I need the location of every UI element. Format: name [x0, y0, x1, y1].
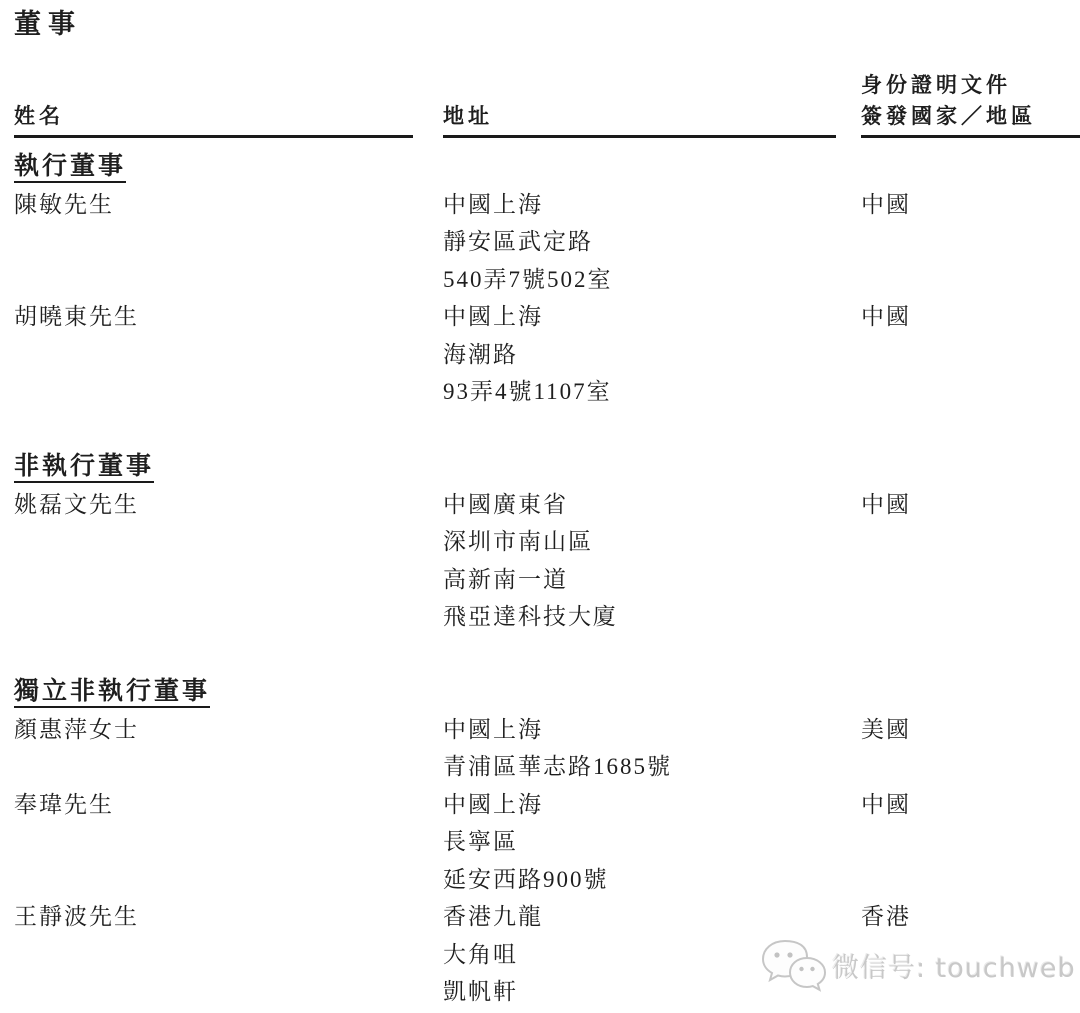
table-row: 姚磊文先生中國廣東省深圳市南山區高新南一道飛亞達科技大廈中國	[14, 486, 1080, 636]
document-page: 董事 姓名 地址 身份證明文件 簽發國家／地區 執行董事陳敏先生中國上海靜安區武…	[0, 6, 1080, 1011]
director-name: 王靜波先生	[14, 898, 413, 936]
id-issue-country: 中國	[861, 786, 1080, 824]
wechat-watermark: 微信号: touchweb	[760, 938, 1076, 992]
watermark-text: 微信号: touchweb	[832, 946, 1076, 985]
address-line: 高新南一道	[443, 561, 836, 599]
table-body: 執行董事陳敏先生中國上海靜安區武定路540弄7號502室中國胡曉東先生中國上海海…	[14, 148, 1080, 1011]
director-address: 中國廣東省深圳市南山區高新南一道飛亞達科技大廈	[443, 486, 836, 636]
address-line: 中國上海	[443, 186, 836, 224]
address-line: 香港九龍	[443, 898, 836, 936]
director-address: 中國上海靜安區武定路540弄7號502室	[443, 186, 836, 299]
address-line: 中國上海	[443, 786, 836, 824]
address-line: 深圳市南山區	[443, 523, 836, 561]
director-name: 奉瑋先生	[14, 786, 413, 824]
id-issue-country: 美國	[861, 711, 1080, 749]
director-section: 非執行董事姚磊文先生中國廣東省深圳市南山區高新南一道飛亞達科技大廈中國	[14, 448, 1080, 636]
table-row: 胡曉東先生中國上海海潮路93弄4號1107室中國	[14, 298, 1080, 411]
address-line: 靜安區武定路	[443, 223, 836, 261]
address-line: 青浦區華志路1685號	[443, 748, 836, 786]
table-row: 顏惠萍女士中國上海青浦區華志路1685號美國	[14, 711, 1080, 786]
section-heading: 執行董事	[14, 148, 1080, 186]
section-heading-label: 執行董事	[14, 153, 126, 183]
director-address: 中國上海青浦區華志路1685號	[443, 711, 836, 786]
column-header-name-label: 姓名	[14, 104, 64, 128]
column-header-address-label: 地址	[443, 104, 493, 128]
column-header-id-document-line1: 身份證明文件	[861, 70, 1080, 101]
address-line: 延安西路900號	[443, 861, 836, 899]
id-issue-country: 中國	[861, 486, 1080, 524]
page-title: 董事	[14, 6, 1080, 42]
id-issue-country: 香港	[861, 898, 1080, 936]
director-name: 陳敏先生	[14, 186, 413, 224]
director-name: 顏惠萍女士	[14, 711, 413, 749]
section-heading-label: 獨立非執行董事	[14, 678, 210, 708]
id-issue-country: 中國	[861, 298, 1080, 336]
column-header-id-document-line2: 簽發國家／地區	[861, 101, 1080, 132]
director-address: 中國上海長寧區延安西路900號	[443, 786, 836, 899]
column-header-id-document: 身份證明文件 簽發國家／地區	[861, 70, 1080, 138]
address-line: 中國上海	[443, 298, 836, 336]
director-name: 姚磊文先生	[14, 486, 413, 524]
wechat-icon	[760, 938, 826, 992]
address-line: 海潮路	[443, 336, 836, 374]
address-line: 中國上海	[443, 711, 836, 749]
column-header-name: 姓名	[14, 101, 413, 138]
table-row: 陳敏先生中國上海靜安區武定路540弄7號502室中國	[14, 186, 1080, 299]
address-line: 93弄4號1107室	[443, 373, 836, 411]
director-address: 中國上海海潮路93弄4號1107室	[443, 298, 836, 411]
address-line: 飛亞達科技大廈	[443, 598, 836, 636]
table-row: 奉瑋先生中國上海長寧區延安西路900號中國	[14, 786, 1080, 899]
section-heading-label: 非執行董事	[14, 453, 154, 483]
address-line: 中國廣東省	[443, 486, 836, 524]
table-header: 姓名 地址 身份證明文件 簽發國家／地區	[14, 70, 1080, 138]
id-issue-country: 中國	[861, 186, 1080, 224]
address-line: 長寧區	[443, 823, 836, 861]
address-line: 540弄7號502室	[443, 261, 836, 299]
director-name: 胡曉東先生	[14, 298, 413, 336]
director-section: 執行董事陳敏先生中國上海靜安區武定路540弄7號502室中國胡曉東先生中國上海海…	[14, 148, 1080, 411]
section-heading: 獨立非執行董事	[14, 673, 1080, 711]
section-heading: 非執行董事	[14, 448, 1080, 486]
column-header-address: 地址	[443, 101, 836, 138]
